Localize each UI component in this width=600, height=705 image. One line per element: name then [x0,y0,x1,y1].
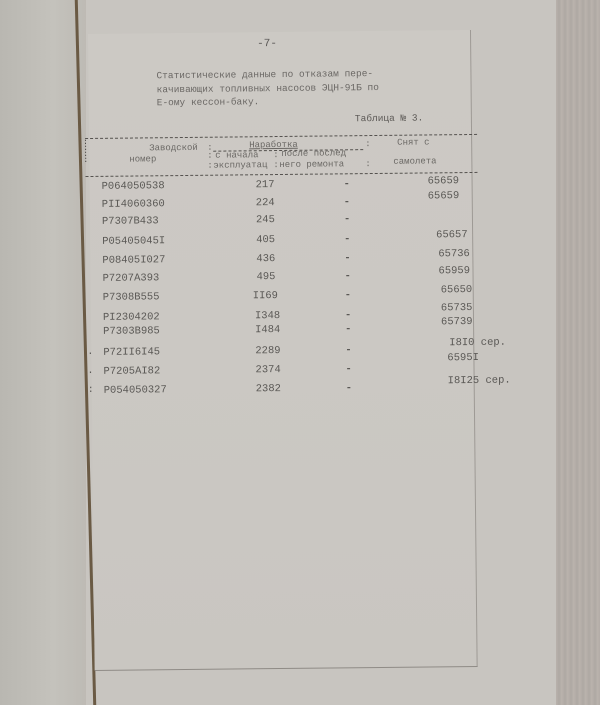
cell-from-start: 495 [256,271,275,283]
cell-removed-from: 65739 [441,316,473,328]
margin-dot: . [87,366,93,377]
cell-from-start: 2382 [256,383,281,395]
title-line-1: Статистические данные по отказам пере- [156,68,373,81]
cell-from-start: 245 [256,214,275,226]
cell-removed-from: 65959 [438,265,470,277]
cell-removed-from: 65736 [438,248,470,260]
header-sep: : [365,159,371,169]
cell-after-repair: - [344,196,350,208]
cell-serial: PII4060360 [102,198,165,211]
cell-removed-from: I8I25 сер. [448,375,511,388]
header-from-start-2: эксплуатац [213,160,267,171]
cell-from-start: 405 [256,234,275,246]
cell-after-repair: - [345,344,351,356]
cell-after-repair: - [344,213,350,225]
cell-from-start: I348 [255,310,280,322]
header-serial-2: номер [129,154,156,164]
cell-removed-from: 65650 [441,284,473,296]
title-line-3: Е-ому кессон-баку. [157,96,260,108]
cell-after-repair: - [345,363,351,375]
left-border-dots: :::: [83,140,88,164]
header-from-start-1: с начала [215,150,258,160]
document-title: Статистические данные по отказам пере- к… [156,67,379,110]
header-sep: : [273,150,279,160]
cell-serial: PI2304202 [103,311,160,324]
cell-from-start: 436 [256,253,275,265]
table-label: Таблица № 3. [355,112,424,124]
cell-after-repair: - [345,309,351,321]
cell-serial: P7308B555 [103,291,160,304]
cell-from-start: 217 [256,179,275,191]
cell-serial: P7205AI82 [103,365,160,378]
cell-serial: P08405I027 [102,254,165,267]
cell-serial: P054050327 [104,384,167,397]
cell-after-repair: - [345,289,351,301]
cell-from-start: 2289 [255,345,280,357]
cell-after-repair: - [344,270,350,282]
cell-serial: P7307B433 [102,215,159,228]
cell-after-repair: - [345,323,351,335]
header-serial-1: Заводской [149,143,198,154]
cell-after-repair: - [346,382,352,394]
cell-after-repair: - [344,233,350,245]
cell-removed-from: 65657 [436,229,468,241]
header-sep: : [207,161,213,171]
cell-serial: P05405045I [102,235,165,248]
cell-from-start: 224 [256,197,275,209]
cell-after-repair: - [344,252,350,264]
cell-serial: P064050538 [102,180,165,193]
table-row: P7303B985 I484 - 65739 [91,322,511,342]
cell-from-start: I484 [255,324,280,336]
margin-dot: : [88,385,94,396]
table-header-rule [85,172,477,177]
table-row: : P054050327 2382 - I8I25 сер. [92,381,512,401]
cell-removed-from: I8I0 сер. [449,337,506,350]
page-number: -7- [257,38,277,50]
header-sep: : [207,151,213,161]
cell-removed-from: 6595I [447,352,479,364]
cell-serial: P7207A393 [103,272,160,285]
cell-serial: P72II6I45 [103,346,160,359]
header-sep: : [365,139,371,149]
cell-after-repair: - [344,178,350,190]
header-sep: : [273,160,279,170]
document-page: -7- Статистические данные по отказам пер… [88,30,478,671]
title-line-2: качивающих топливных насосов ЭЦН-91Б по [157,81,379,94]
cell-removed-from: 65659 [427,175,459,187]
cell-serial: P7303B985 [103,325,160,338]
header-removed-1: Снят с [397,137,430,147]
header-removed-2: самолета [393,156,436,166]
cell-from-start: 2374 [255,364,280,376]
margin-dot: . [87,347,93,358]
cell-removed-from: 65659 [428,190,460,202]
cell-from-start: II69 [253,290,278,302]
left-facing-page [0,0,88,705]
cell-removed-from: 65735 [441,302,473,314]
header-after-repair-2: него ремонта [279,159,344,170]
